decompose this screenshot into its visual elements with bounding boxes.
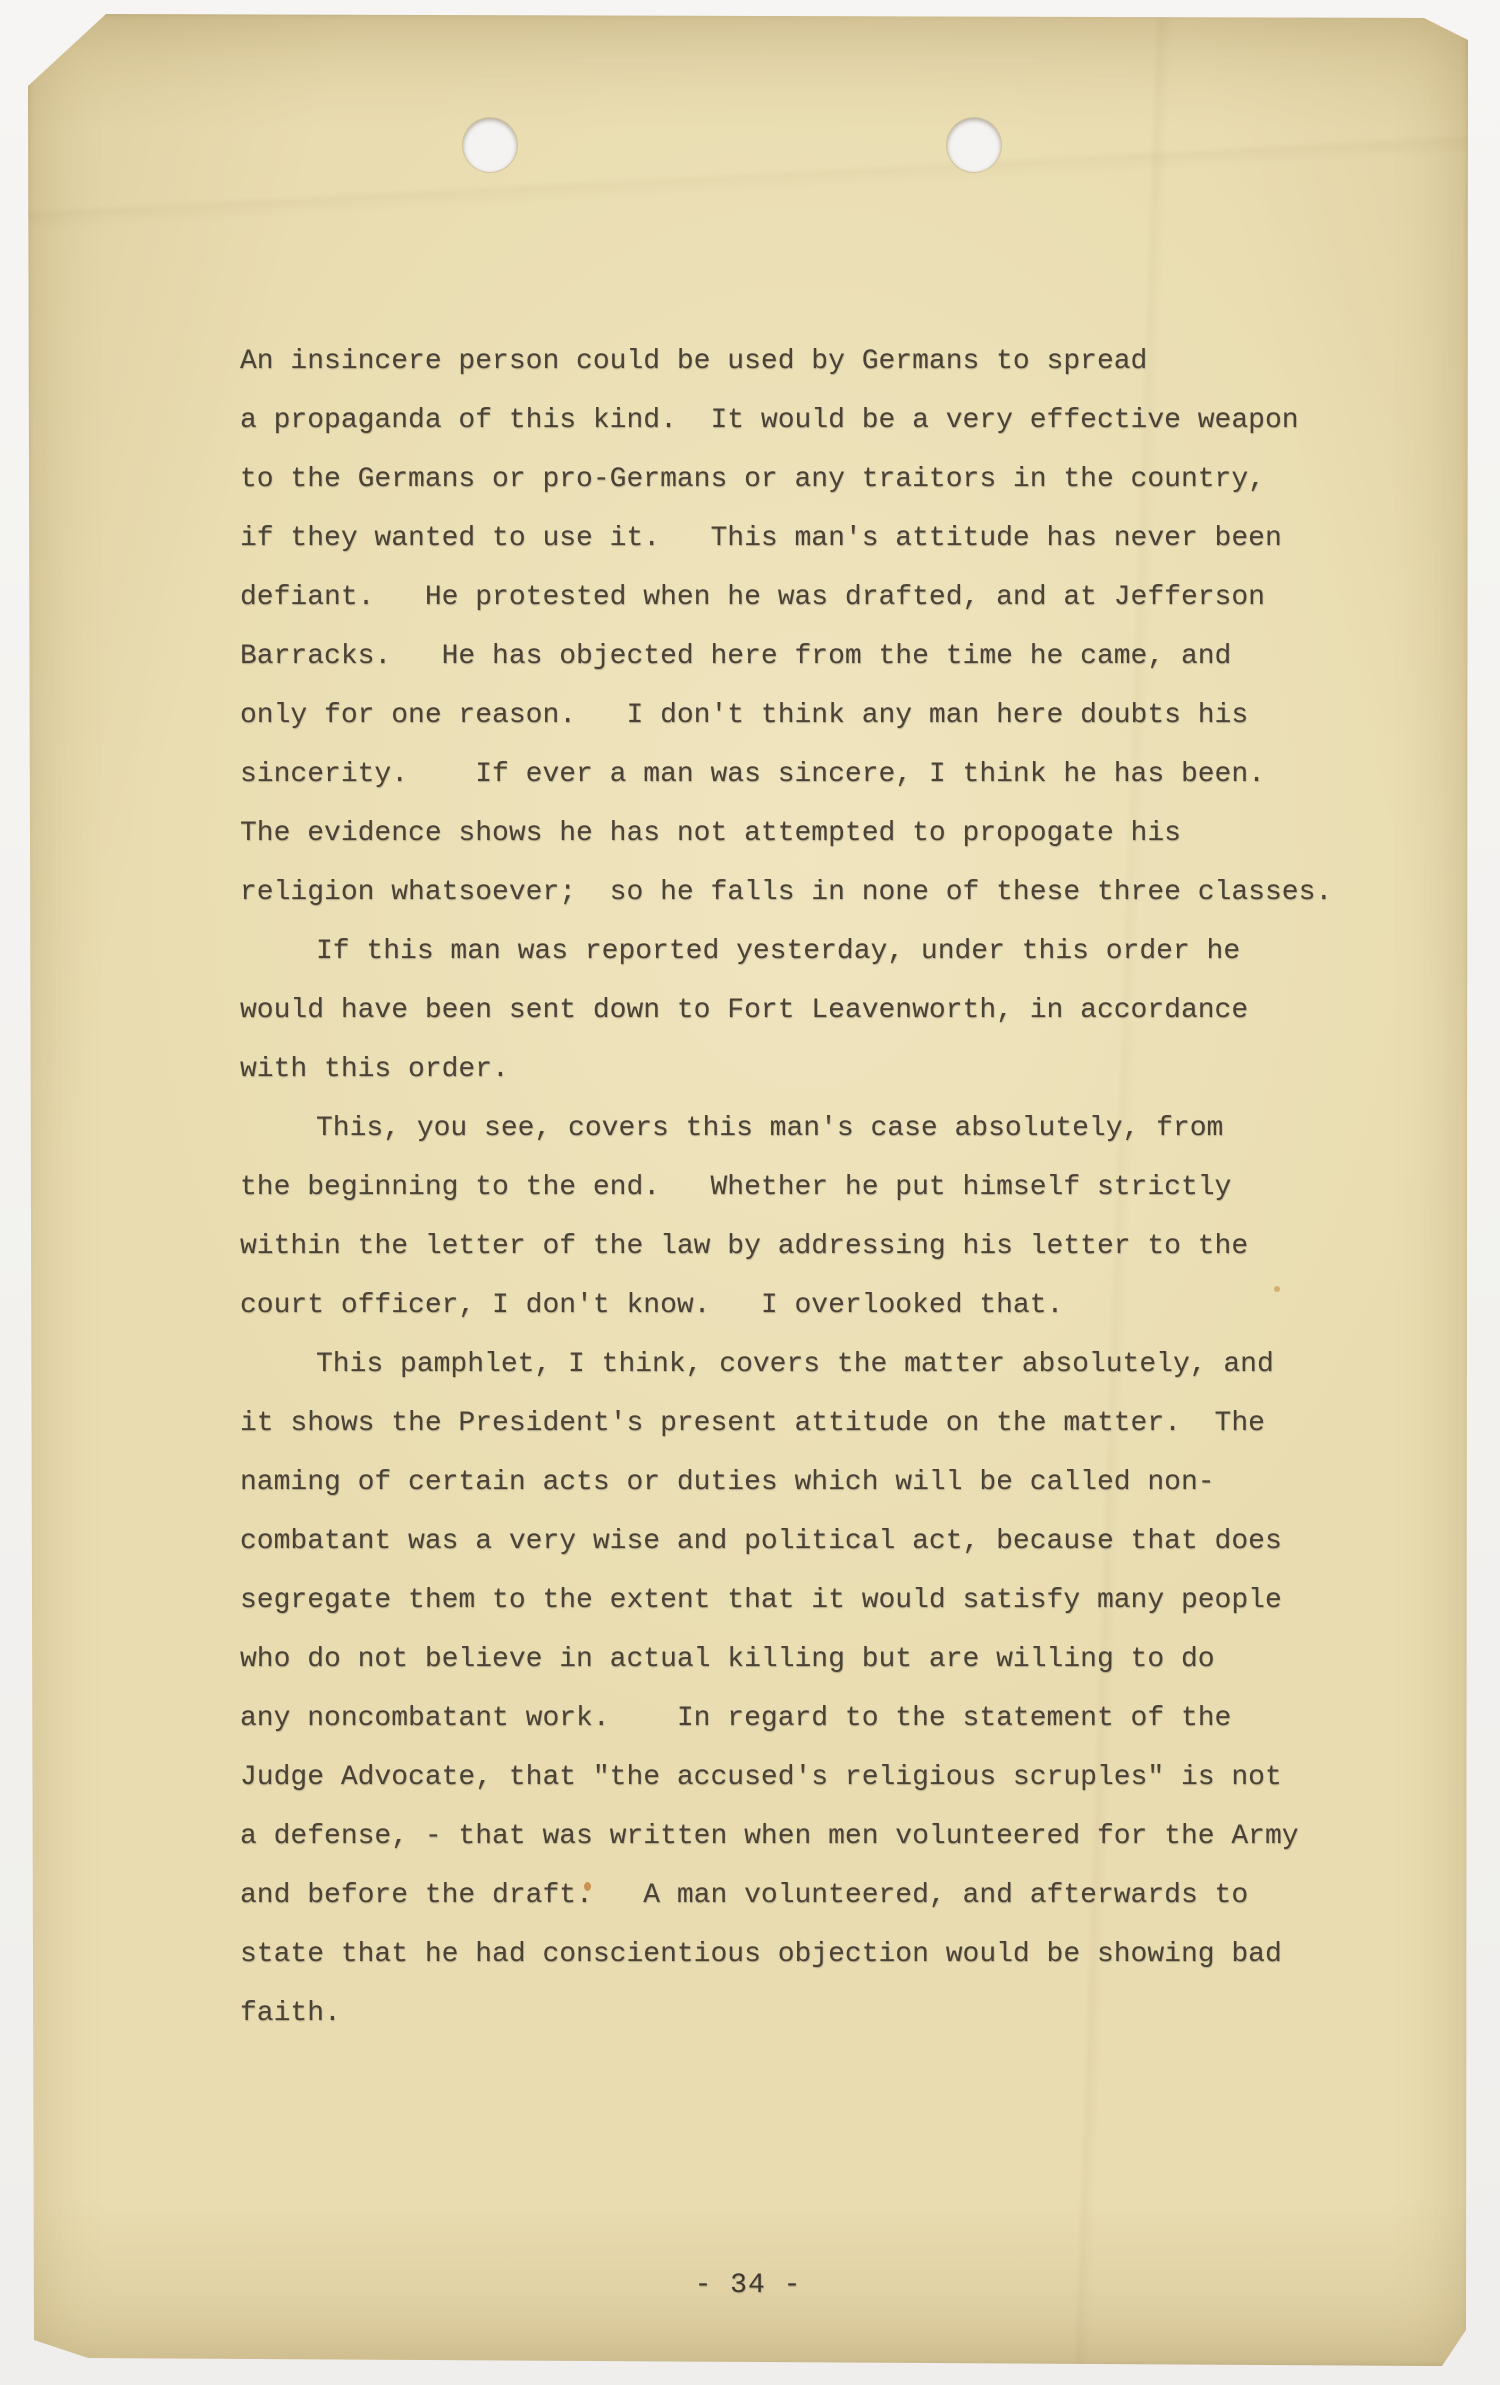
text-line: would have been sent down to Fort Leaven… (240, 981, 1410, 1040)
text-line: any noncombatant work. In regard to the … (240, 1689, 1410, 1748)
text-line: combatant was a very wise and political … (240, 1512, 1410, 1571)
text-line: religion whatsoever; so he falls in none… (240, 863, 1410, 922)
text-line: a propaganda of this kind. It would be a… (240, 391, 1410, 450)
text-line: and before the draft. A man volunteered,… (240, 1866, 1410, 1925)
text-line: This pamphlet, I think, covers the matte… (240, 1335, 1410, 1394)
text-line: An insincere person could be used by Ger… (240, 332, 1410, 391)
ink-speck (1274, 1286, 1280, 1292)
text-line: defiant. He protested when he was drafte… (240, 568, 1410, 627)
page-number: - 34 - (28, 2270, 1468, 2301)
paper-sheet: An insincere person could be used by Ger… (28, 14, 1468, 2366)
text-line: within the letter of the law by addressi… (240, 1217, 1410, 1276)
text-line: sincerity. If ever a man was sincere, I … (240, 745, 1410, 804)
text-line: state that he had conscientious objectio… (240, 1925, 1410, 1984)
text-line: This, you see, covers this man's case ab… (240, 1099, 1410, 1158)
text-line: if they wanted to use it. This man's att… (240, 509, 1410, 568)
hole-punch-right-icon (947, 118, 1001, 172)
text-line: with this order. (240, 1040, 1410, 1099)
text-line: Barracks. He has objected here from the … (240, 627, 1410, 686)
text-line: The evidence shows he has not attempted … (240, 804, 1410, 863)
text-line: Judge Advocate, that "the accused's reli… (240, 1748, 1410, 1807)
text-line: court officer, I don't know. I overlooke… (240, 1276, 1410, 1335)
hole-punch-left-icon (463, 118, 517, 172)
text-line: who do not believe in actual killing but… (240, 1630, 1410, 1689)
text-line: it shows the President's present attitud… (240, 1394, 1410, 1453)
text-line: to the Germans or pro-Germans or any tra… (240, 450, 1410, 509)
text-line: faith. (240, 1984, 1410, 2043)
typewritten-text: An insincere person could be used by Ger… (240, 332, 1410, 2043)
text-line: only for one reason. I don't think any m… (240, 686, 1410, 745)
text-line: naming of certain acts or duties which w… (240, 1453, 1410, 1512)
text-line: segregate them to the extent that it wou… (240, 1571, 1410, 1630)
text-line: a defense, - that was written when men v… (240, 1807, 1410, 1866)
scan-background: An insincere person could be used by Ger… (0, 0, 1500, 2385)
text-line: the beginning to the end. Whether he put… (240, 1158, 1410, 1217)
text-line: If this man was reported yesterday, unde… (240, 922, 1410, 981)
ink-speck (584, 1882, 591, 1891)
